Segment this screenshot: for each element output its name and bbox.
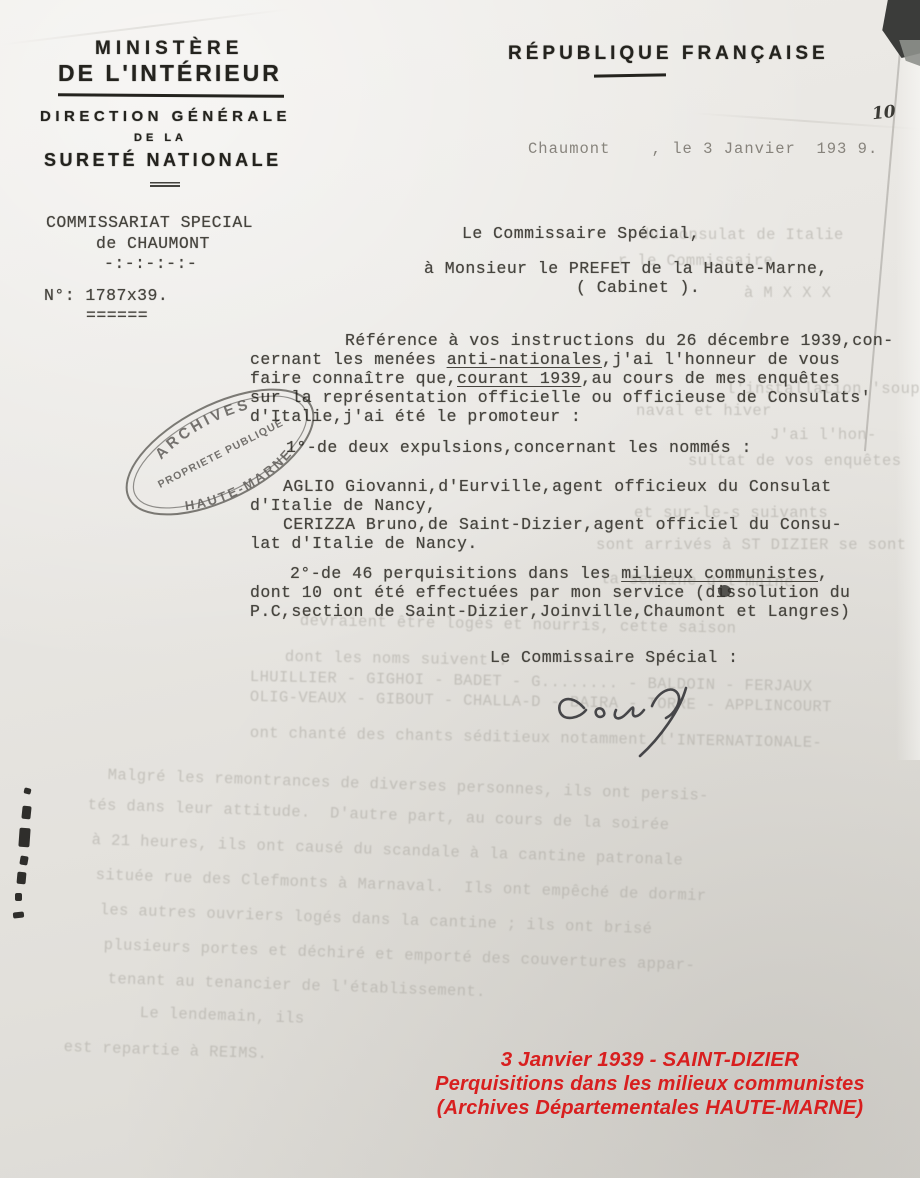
typed-text-layer: Chaumont , le 3 Janvier 193 9.COMMISSARI…: [0, 0, 920, 1178]
item2-line2: dont 10 ont été effectuées par mon servi…: [250, 583, 850, 602]
sender-line-1: COMMISSARIAT SPECIAL: [46, 213, 253, 232]
para1-line1: Référence à vos instructions du 26 décem…: [345, 331, 894, 350]
ink-blot: [718, 585, 731, 597]
archive-caption: 3 Janvier 1939 - SAINT-DIZIER Perquisiti…: [330, 1048, 920, 1120]
margin-marks: [13, 911, 25, 918]
signature-scribble: [540, 662, 760, 762]
item2-line1: 2°-de 46 perquisitions dans les milieux …: [290, 564, 828, 583]
caption-line2: Perquisitions dans les milieux communist…: [330, 1072, 920, 1096]
sender-ref-underline: ======: [86, 306, 148, 325]
sender-separator: -:-:-:-:-: [104, 254, 197, 273]
stamp-text-top: ARCHIVES: [147, 391, 258, 465]
para1-line2: cernant les menées anti-nationales,j'ai …: [250, 350, 840, 369]
item2-line3: P.C,section de Saint-Dizier,Joinville,Ch…: [250, 602, 850, 621]
para1-line4: sur la représentation officielle ou offi…: [250, 388, 871, 407]
sender-line-2: de CHAUMONT: [96, 234, 210, 253]
dateline: Chaumont , le 3 Janvier 193 9.: [528, 140, 878, 159]
margin-marks: [16, 872, 26, 885]
caption-line1: 3 Janvier 1939 - SAINT-DIZIER: [330, 1048, 920, 1072]
margin-marks: [19, 855, 28, 865]
scanned-document: du Consulat de Italier le Commissaireà M…: [0, 0, 920, 1178]
margin-marks: [18, 828, 30, 848]
para1-line3: faire connaître que,courant 1939,au cour…: [250, 369, 840, 388]
recipient-line-1: Le Commissaire Spécial,: [462, 224, 700, 243]
item1-line1: 1°-de deux expulsions,concernant les nom…: [286, 438, 752, 457]
recipient-line-2: à Monsieur le PREFET de la Haute-Marne,: [424, 259, 828, 278]
sender-ref: N°: 1787x39.: [44, 286, 168, 305]
margin-marks: [21, 806, 31, 820]
names-line1: AGLIO Giovanni,d'Eurville,agent officieu…: [283, 477, 832, 496]
names-line3: CERIZZA Bruno,de Saint-Dizier,agent offi…: [283, 515, 842, 534]
names-line4: lat d'Italie de Nancy.: [250, 534, 478, 553]
margin-marks: [15, 893, 22, 901]
recipient-line-3: ( Cabinet ).: [576, 278, 700, 297]
caption-line3: (Archives Départementales HAUTE-MARNE): [330, 1096, 920, 1120]
